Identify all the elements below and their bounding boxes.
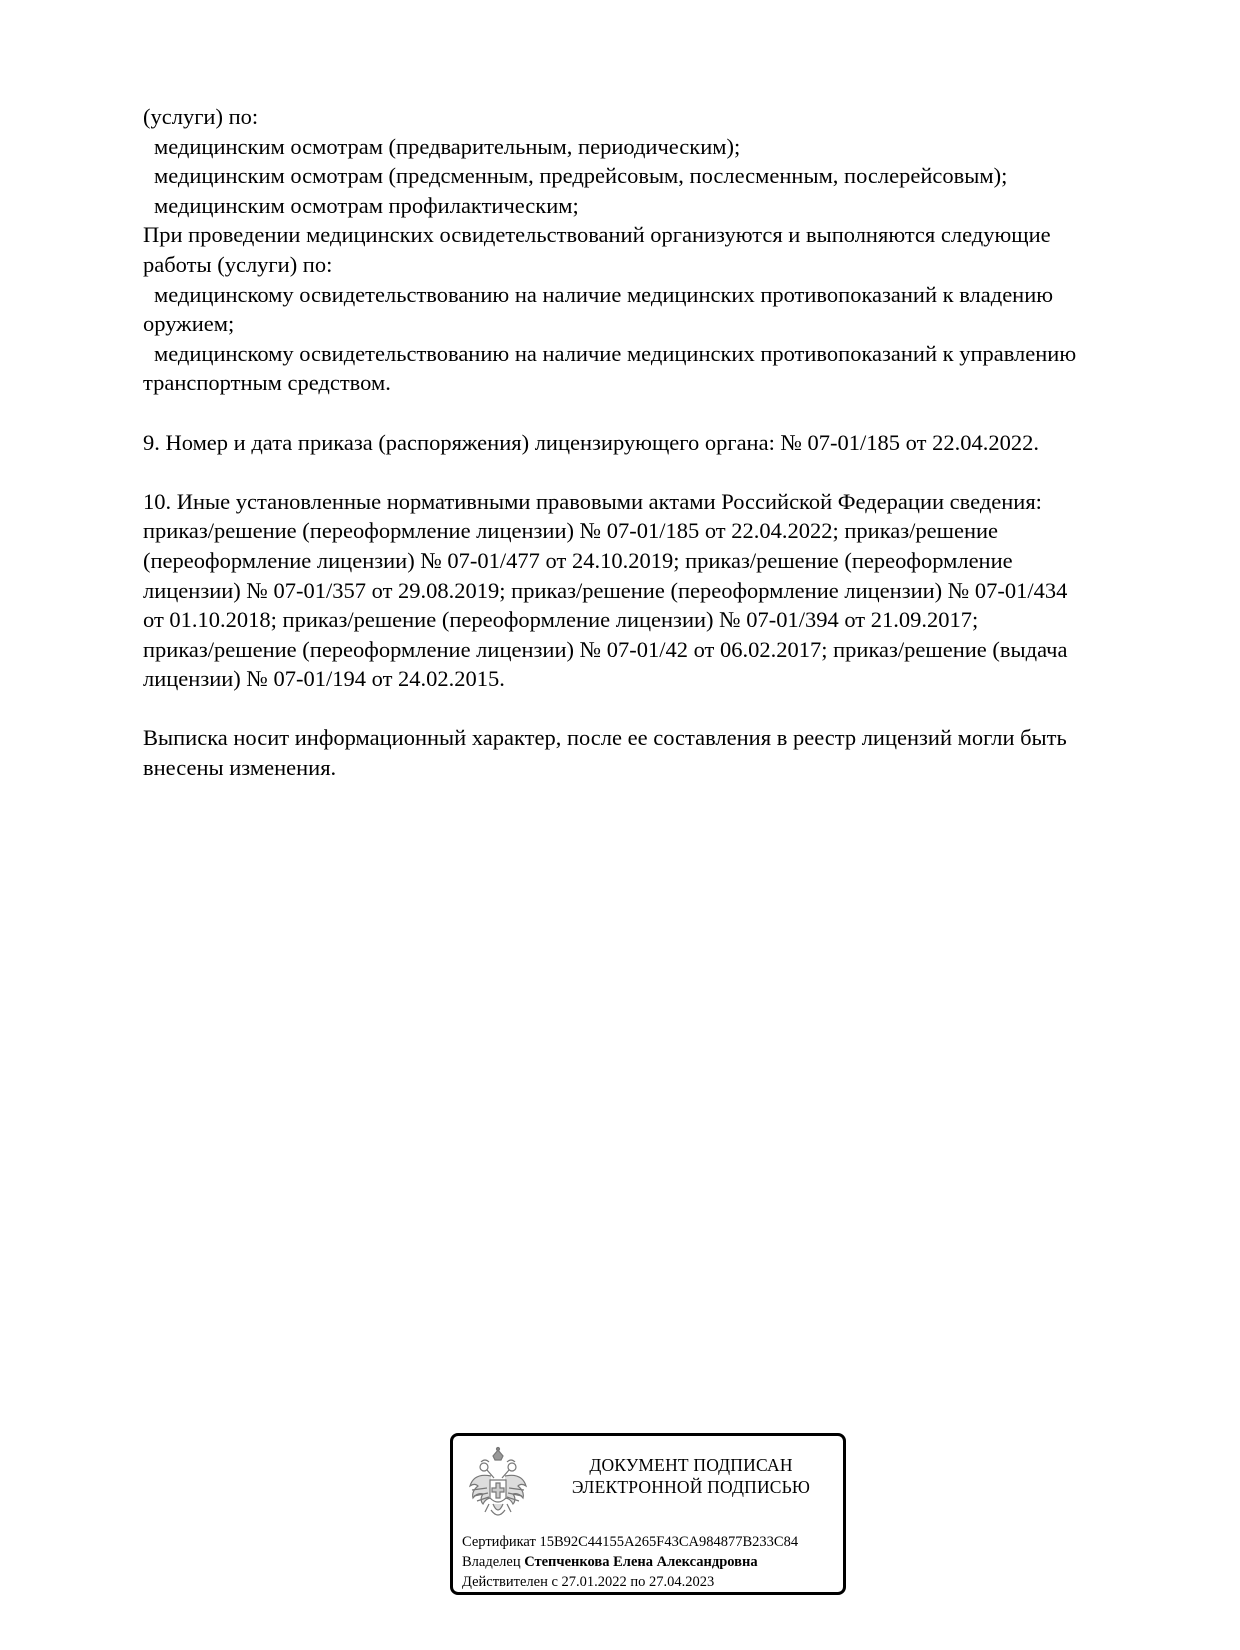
- text-line: (переоформление лицензии) № 07-01/477 от…: [143, 546, 1143, 576]
- certificate-label: Сертификат: [462, 1534, 536, 1550]
- owner-value: Степченкова Елена Александровна: [524, 1554, 757, 1570]
- stamp-title: ДОКУМЕНТ ПОДПИСАН ЭЛЕКТРОННОЙ ПОДПИСЬЮ: [541, 1454, 841, 1498]
- text-line: 9. Номер и дата приказа (распоряжения) л…: [143, 428, 1143, 458]
- text-line: медицинскому освидетельствованию на нали…: [143, 280, 1143, 310]
- text-line: медицинским осмотрам (предсменным, предр…: [143, 161, 1143, 191]
- text-line: внесены изменения.: [143, 753, 1143, 783]
- paragraph-gap: [143, 457, 1143, 487]
- text-line: Выписка носит информационный характер, п…: [143, 723, 1143, 753]
- certificate-value: 15B92C44155A265F43CA984877B233C84: [539, 1534, 798, 1550]
- paragraph-gap: [143, 398, 1143, 428]
- double-headed-eagle-emblem-icon: [467, 1446, 529, 1522]
- electronic-signature-stamp: ДОКУМЕНТ ПОДПИСАН ЭЛЕКТРОННОЙ ПОДПИСЬЮ С…: [450, 1433, 846, 1595]
- owner-row: Владелец Степченкова Елена Александровна: [462, 1552, 846, 1572]
- text-line: лицензии) № 07-01/194 от 24.02.2015.: [143, 664, 1143, 694]
- text-line: 10. Иные установленные нормативными прав…: [143, 487, 1143, 517]
- document-page: (услуги) по:медицинским осмотрам (предва…: [0, 0, 1240, 1650]
- text-line: медицинским осмотрам (предварительным, п…: [143, 132, 1143, 162]
- text-line: приказ/решение (переоформление лицензии)…: [143, 516, 1143, 546]
- text-line: транспортным средством.: [143, 368, 1143, 398]
- certificate-row: Сертификат 15B92C44155A265F43CA984877B23…: [462, 1532, 846, 1552]
- text-line: лицензии) № 07-01/357 от 29.08.2019; при…: [143, 576, 1143, 606]
- paragraph-gap: [143, 694, 1143, 724]
- text-line: работы (услуги) по:: [143, 250, 1143, 280]
- stamp-title-line1: ДОКУМЕНТ ПОДПИСАН: [541, 1454, 841, 1476]
- text-line: оружием;: [143, 309, 1143, 339]
- document-body: (услуги) по:медицинским осмотрам (предва…: [143, 102, 1143, 783]
- stamp-info: Сертификат 15B92C44155A265F43CA984877B23…: [462, 1532, 846, 1592]
- text-line: от 01.10.2018; приказ/решение (переоформ…: [143, 605, 1143, 635]
- text-line: (услуги) по:: [143, 102, 1143, 132]
- stamp-title-line2: ЭЛЕКТРОННОЙ ПОДПИСЬЮ: [541, 1476, 841, 1498]
- owner-label: Владелец: [462, 1554, 524, 1570]
- text-line: медицинскому освидетельствованию на нали…: [143, 339, 1143, 369]
- validity-text: Действителен с 27.01.2022 по 27.04.2023: [462, 1572, 846, 1592]
- text-line: При проведении медицинских освидетельств…: [143, 220, 1143, 250]
- text-line: медицинским осмотрам профилактическим;: [143, 191, 1143, 221]
- text-line: приказ/решение (переоформление лицензии)…: [143, 635, 1143, 665]
